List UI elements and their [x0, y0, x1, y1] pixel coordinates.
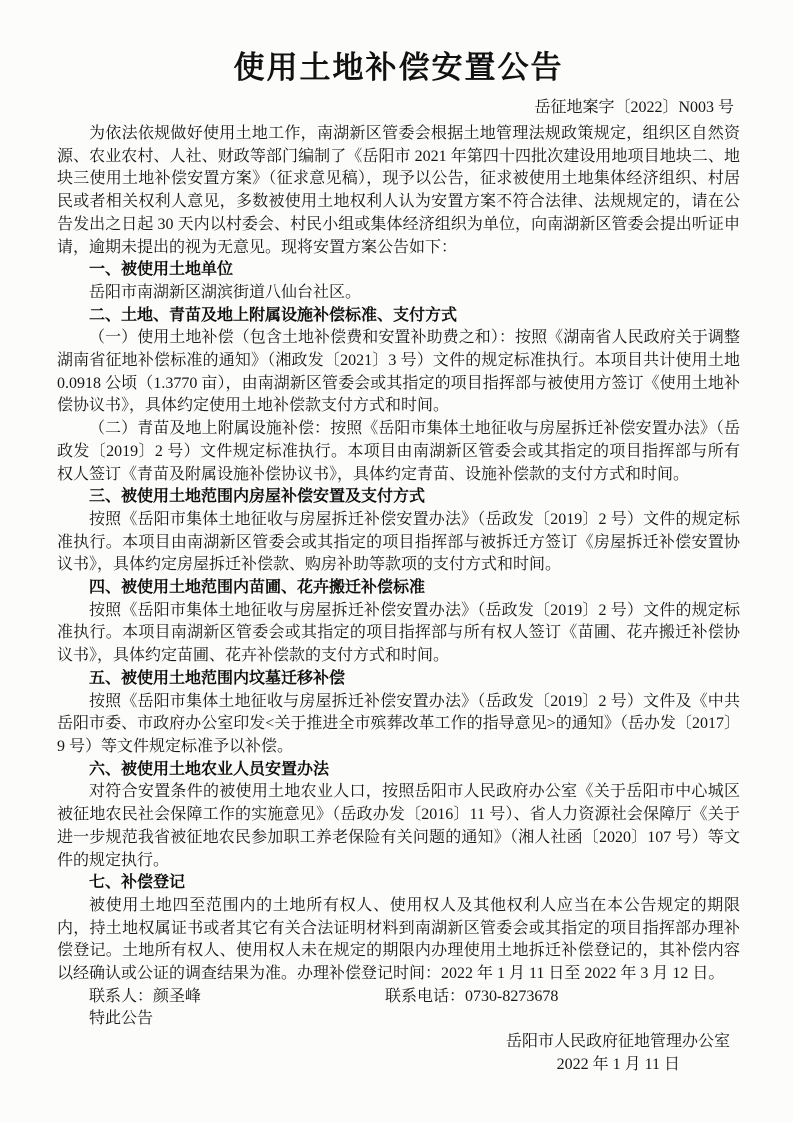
- section-paragraph: 按照《岳阳市集体土地征收与房屋拆迁补偿安置办法》（岳政发〔2019〕2 号）文件…: [57, 600, 740, 668]
- section-house-compensation: 三、被使用土地范围内房屋补偿安置及支付方式 按照《岳阳市集体土地征收与房屋拆迁补…: [57, 486, 740, 577]
- announcement-page: 使用土地补偿安置公告 岳征地案字〔2022〕N003 号 为依法依规做好使用土地…: [0, 0, 793, 1122]
- doc-number: 岳征地案字〔2022〕N003 号: [57, 97, 740, 118]
- issue-date: 2022 年 1 月 11 日: [57, 1054, 740, 1077]
- document-body: 为依法依规做好使用土地工作，南湖新区管委会根据土地管理法规政策规定，组织区自然资…: [57, 123, 740, 1077]
- section-compensation-registration: 七、补偿登记 被使用土地四至范围内的土地所有权人、使用权人及其他权利人应当在本公…: [57, 872, 740, 986]
- page-title: 使用土地补偿安置公告: [57, 48, 740, 88]
- section-heading: 七、补偿登记: [57, 872, 740, 895]
- contact-phone: 联系电话：0730-8273678: [385, 988, 558, 1005]
- section-paragraph: （二）青苗及地上附属设施补偿：按照《岳阳市集体土地征收与房屋拆迁补偿安置办法》（…: [57, 418, 740, 486]
- contact-person: 联系人：颜圣峰: [57, 986, 385, 1009]
- section-agricultural-resettlement: 六、被使用土地农业人员安置办法 对符合安置条件的被使用土地农业人口，按照岳阳市人…: [57, 759, 740, 873]
- section-nursery-flowers: 四、被使用土地范围内苗圃、花卉搬迁补偿标准 按照《岳阳市集体土地征收与房屋拆迁补…: [57, 577, 740, 668]
- section-land-unit: 一、被使用土地单位 岳阳市南湖新区湖滨街道八仙台社区。: [57, 259, 740, 304]
- closing-note: 特此公告: [57, 1008, 740, 1031]
- section-paragraph: （一）使用土地补偿（包含土地补偿费和安置补助费之和）：按照《湖南省人民政府关于调…: [57, 327, 740, 418]
- section-heading: 一、被使用土地单位: [57, 259, 740, 282]
- section-grave-relocation: 五、被使用土地范围内坟墓迁移补偿 按照《岳阳市集体土地征收与房屋拆迁补偿安置办法…: [57, 668, 740, 759]
- section-paragraph: 对符合安置条件的被使用土地农业人口，按照岳阳市人民政府办公室《关于岳阳市中心城区…: [57, 781, 740, 872]
- issuer-name: 岳阳市人民政府征地管理办公室: [57, 1031, 740, 1054]
- section-heading: 四、被使用土地范围内苗圃、花卉搬迁补偿标准: [57, 577, 740, 600]
- section-paragraph: 按照《岳阳市集体土地征收与房屋拆迁补偿安置办法》（岳政发〔2019〕2 号）文件…: [57, 691, 740, 759]
- section-heading: 三、被使用土地范围内房屋补偿安置及支付方式: [57, 486, 740, 509]
- section-paragraph: 被使用土地四至范围内的土地所有权人、使用权人及其他权利人应当在本公告规定的期限内…: [57, 895, 740, 986]
- section-heading: 二、土地、青苗及地上附属设施补偿标准、支付方式: [57, 305, 740, 328]
- section-heading: 六、被使用土地农业人员安置办法: [57, 759, 740, 782]
- intro-paragraph: 为依法依规做好使用土地工作，南湖新区管委会根据土地管理法规政策规定，组织区自然资…: [57, 123, 740, 259]
- section-compensation-standards: 二、土地、青苗及地上附属设施补偿标准、支付方式 （一）使用土地补偿（包含土地补偿…: [57, 305, 740, 487]
- section-heading: 五、被使用土地范围内坟墓迁移补偿: [57, 668, 740, 691]
- section-paragraph: 岳阳市南湖新区湖滨街道八仙台社区。: [57, 282, 740, 305]
- contact-row: 联系人：颜圣峰联系电话：0730-8273678: [57, 986, 740, 1009]
- section-paragraph: 按照《岳阳市集体土地征收与房屋拆迁补偿安置办法》（岳政发〔2019〕2 号）文件…: [57, 509, 740, 577]
